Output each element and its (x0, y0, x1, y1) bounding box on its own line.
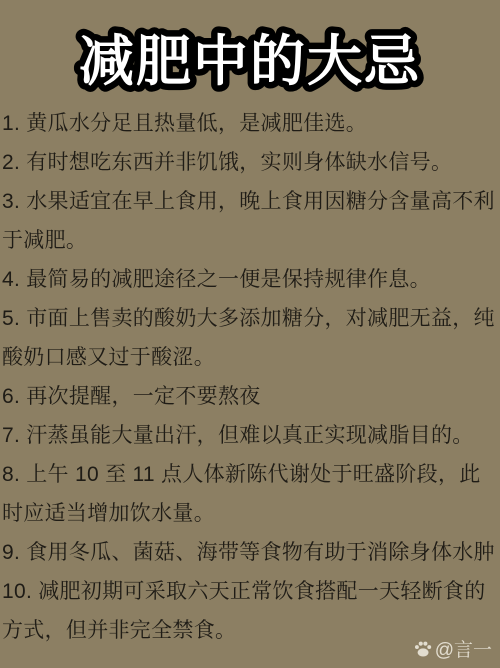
list-item: 4. 最简易的减肥途径之一便是保持规律作息。 (2, 260, 498, 299)
list-item: 6. 再次提醒，一定不要熬夜 (2, 377, 498, 416)
list-item: 3. 水果适宜在早上食用，晚上食用因糖分含量高不利于减肥。 (2, 182, 498, 260)
taboo-list: 1. 黄瓜水分足且热量低，是减肥佳选。 2. 有时想吃东西并非饥饿，实则身体缺水… (0, 104, 500, 650)
page-title-text: 减肥中的大忌 (79, 30, 421, 92)
list-item: 8. 上午 10 至 11 点人体新陈代谢处于旺盛阶段，此时应适当增加饮水量。 (2, 455, 498, 533)
list-item: 2. 有时想吃东西并非饥饿，实则身体缺水信号。 (2, 143, 498, 182)
list-item: 7. 汗蒸虽能大量出汗，但难以真正实现减脂目的。 (2, 416, 498, 455)
weight-loss-taboo-poster: { "page": { "background_color": "#8c7f63… (0, 0, 500, 668)
baidu-paw-icon (414, 640, 432, 658)
watermark: @言一 (414, 635, 492, 662)
list-item: 5. 市面上售卖的酸奶大多添加糖分，对减肥无益，纯酸奶口感又过于酸涩。 (2, 299, 498, 377)
page-title: 减肥中的大忌 (0, 18, 500, 100)
list-item: 1. 黄瓜水分足且热量低，是减肥佳选。 (2, 104, 498, 143)
watermark-handle: @言一 (435, 635, 492, 662)
list-item: 9. 食用冬瓜、菌菇、海带等食物有助于消除身体水肿 (2, 533, 498, 572)
